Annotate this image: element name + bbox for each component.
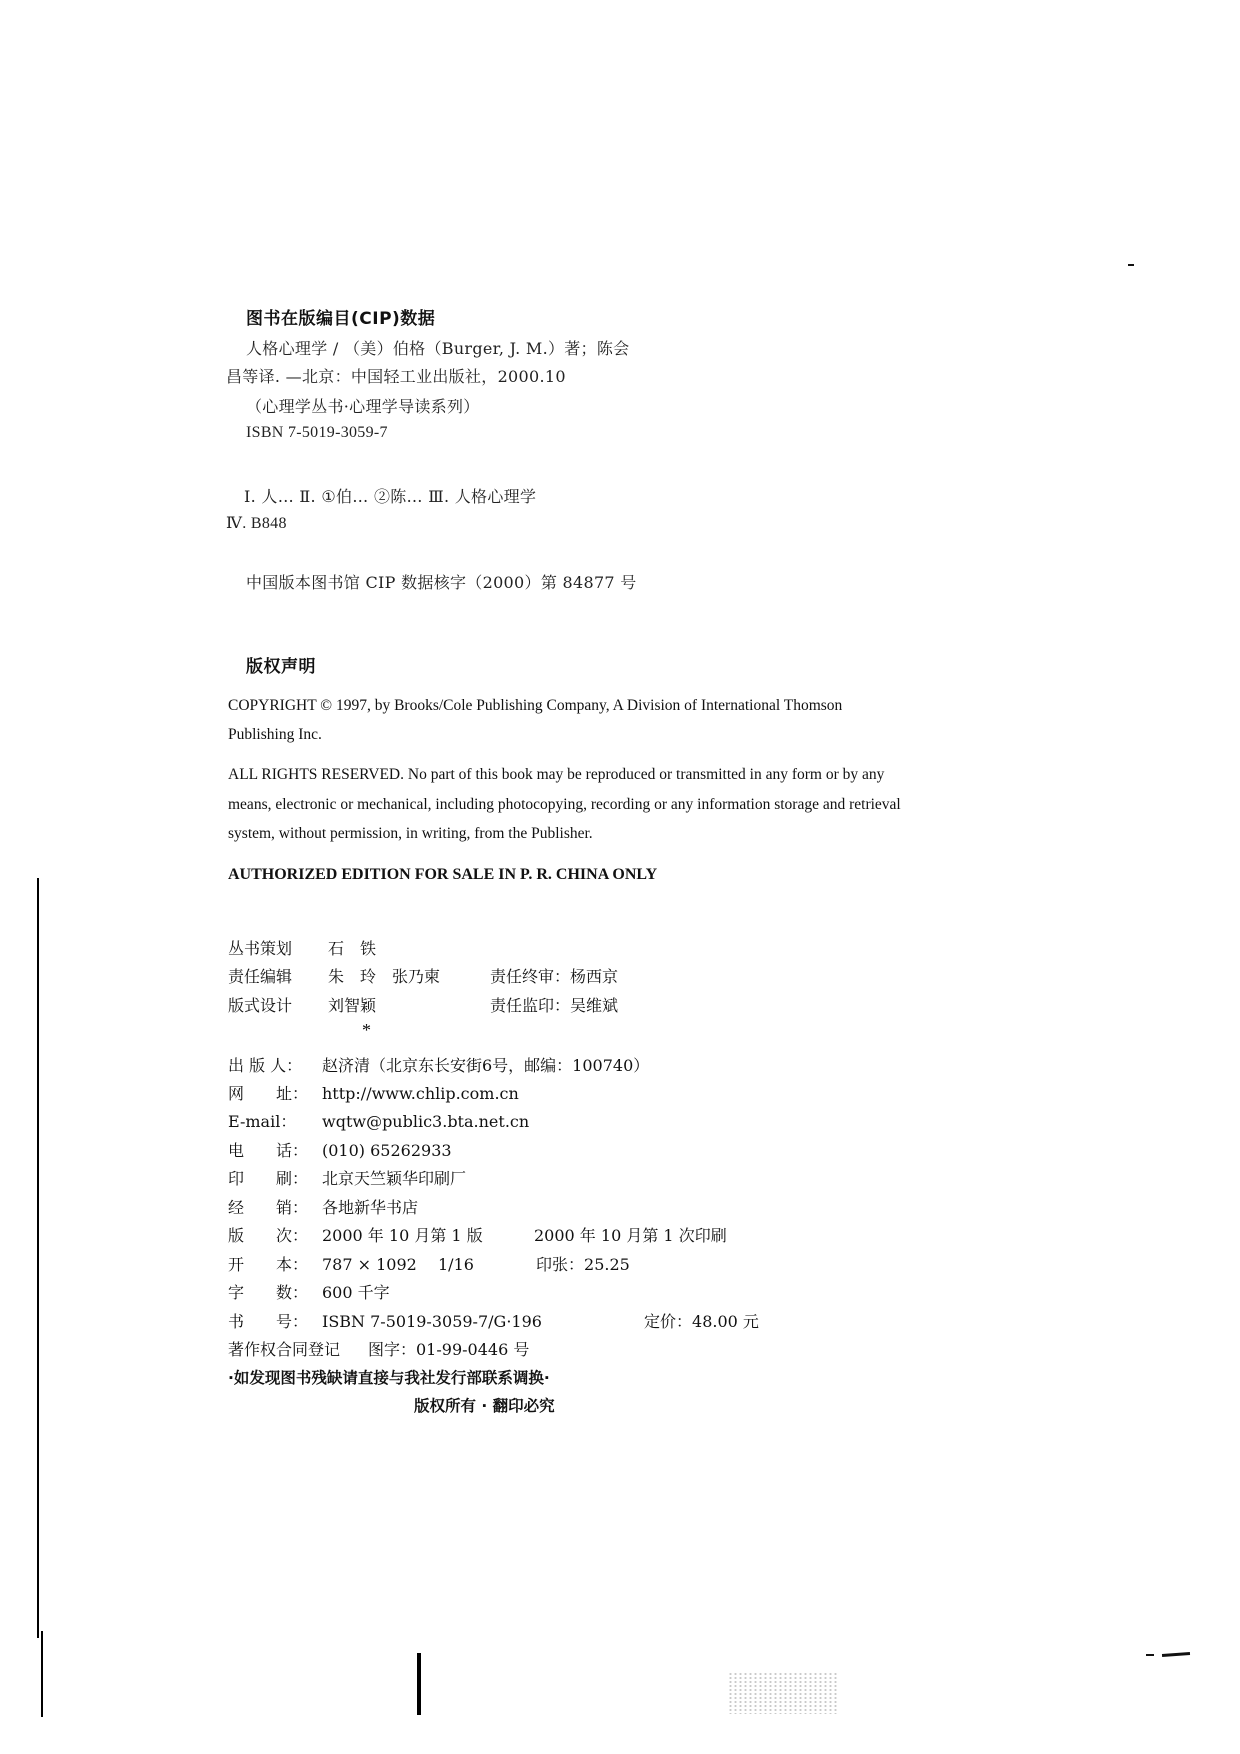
credit-value-2: 杨西京: [570, 967, 618, 986]
credit-series-planner: 丛书策划石 铁: [228, 936, 376, 959]
pub-format: 开 本：787 × 10921/16印张：25.25: [228, 1252, 630, 1275]
pub-value: (010) 65262933: [322, 1141, 452, 1160]
credit-label-2: 责任终审：: [490, 967, 570, 986]
pub-label: 出 版 人：: [228, 1053, 322, 1076]
pub-value-2: 48.00 元: [692, 1312, 759, 1331]
pub-value: wqtw@public3.bta.net.cn: [322, 1112, 529, 1131]
pub-label: 网 址：: [228, 1081, 322, 1104]
cip-line-series: （心理学丛书·心理学导读系列）: [246, 394, 480, 417]
pub-label: 电 话：: [228, 1138, 322, 1161]
pub-printer: 印 刷：北京天竺颖华印刷厂: [228, 1166, 466, 1189]
credit-value: 刘智颖: [328, 993, 490, 1016]
pub-label: 经 销：: [228, 1195, 322, 1218]
copyright-line-1: COPYRIGHT © 1997, by Brooks/Cole Publish…: [228, 697, 842, 715]
pub-value: 图字：01-99-0446 号: [368, 1340, 529, 1359]
cip-line-publisher: 昌等译. —北京：中国轻工业出版社，2000.10: [226, 364, 566, 387]
pub-value-2: 1/16: [438, 1255, 536, 1274]
scan-smudge: [1162, 1652, 1190, 1657]
credit-label: 丛书策划: [228, 936, 328, 959]
pub-value: 2000 年 10 月第 1 版: [322, 1223, 534, 1246]
pub-value: 600 千字: [322, 1283, 390, 1302]
cip-line-isbn: ISBN 7-5019-3059-7: [246, 424, 388, 442]
pub-edition: 版 次：2000 年 10 月第 1 版2000 年 10 月第 1 次印刷: [228, 1223, 727, 1246]
pub-value: http://www.chlip.com.cn: [322, 1084, 519, 1103]
pub-value: 各地新华书店: [322, 1198, 418, 1217]
pub-label: 著作权合同登记: [228, 1337, 368, 1360]
pub-label: 版 次：: [228, 1223, 322, 1246]
scan-edge-line: [37, 878, 39, 1638]
pub-label-2: 定价：: [644, 1312, 692, 1331]
pub-value: 赵济清（北京东长安街6号，邮编：100740）: [322, 1056, 649, 1075]
pub-value: ISBN 7-5019-3059-7/G·196: [322, 1312, 644, 1331]
rights-line-1: ALL RIGHTS RESERVED. No part of this boo…: [228, 766, 884, 784]
cip-record-number: 中国版本图书馆 CIP 数据核字（2000）第 84877 号: [246, 570, 637, 593]
pub-label: 书 号：: [228, 1309, 322, 1332]
pub-book-number: 书 号：ISBN 7-5019-3059-7/G·196定价：48.00 元: [228, 1309, 759, 1332]
pub-value-3: 25.25: [584, 1255, 630, 1274]
cip-classification-2: Ⅳ. B848: [226, 513, 287, 533]
credit-label: 版式设计: [228, 993, 328, 1016]
pub-label: 开 本：: [228, 1252, 322, 1275]
pub-email: E-mail：wqtw@public3.bta.net.cn: [228, 1109, 529, 1132]
credits-separator-star: *: [362, 1020, 371, 1041]
credit-layout: 版式设计刘智颖责任监印：吴维斌: [228, 993, 618, 1016]
pub-website: 网 址：http://www.chlip.com.cn: [228, 1081, 519, 1104]
authorized-edition-notice: AUTHORIZED EDITION FOR SALE IN P. R. CHI…: [228, 866, 657, 884]
copyright-heading: 版权声明: [246, 652, 316, 677]
pub-label: E-mail：: [228, 1109, 322, 1132]
rights-line-2: means, electronic or mechanical, includi…: [228, 796, 901, 814]
scan-speck: [1128, 264, 1134, 266]
pub-phone: 电 话：(010) 65262933: [228, 1138, 452, 1161]
cip-classification-1: Ⅰ. 人… Ⅱ. ①伯… ②陈… Ⅲ. 人格心理学: [244, 484, 536, 507]
pub-value-2: 2000 年 10 月第 1 次印刷: [534, 1226, 727, 1245]
pub-word-count: 字 数：600 千字: [228, 1280, 390, 1303]
pub-distributor: 经 销：各地新华书店: [228, 1195, 418, 1218]
credit-value: 石 铁: [328, 939, 376, 958]
pub-defect-notice: ·如发现图书残缺请直接与我社发行部联系调换·: [228, 1366, 550, 1388]
pub-value: 北京天竺颖华印刷厂: [322, 1169, 466, 1188]
scan-edge-line-lower: [41, 1631, 43, 1717]
rights-line-3: system, without permission, in writing, …: [228, 825, 593, 843]
copyright-line-2: Publishing Inc.: [228, 726, 322, 744]
pub-contract-registration: 著作权合同登记图字：01-99-0446 号: [228, 1337, 529, 1360]
pub-rights-reserved: 版权所有 · 翻印必究: [414, 1394, 555, 1416]
pub-label-3: 印张：: [536, 1255, 584, 1274]
credit-label: 责任编辑: [228, 964, 328, 987]
credit-value-2: 吴维斌: [570, 996, 618, 1015]
pub-publisher: 出 版 人：赵济清（北京东长安街6号，邮编：100740）: [228, 1053, 649, 1076]
cip-line-title: 人格心理学 / （美）伯格（Burger, J. M.）著；陈会: [246, 336, 629, 359]
credit-label-2: 责任监印：: [490, 996, 570, 1015]
credit-value: 朱 玲 张乃柬: [328, 964, 490, 987]
pub-value: 787 × 1092: [322, 1255, 438, 1274]
credit-editors: 责任编辑朱 玲 张乃柬责任终审：杨西京: [228, 964, 618, 987]
pub-label: 字 数：: [228, 1280, 322, 1303]
scan-binding-mark: [417, 1653, 421, 1715]
scan-smudge-small: [1146, 1654, 1154, 1656]
pub-label: 印 刷：: [228, 1166, 322, 1189]
scan-noise: [728, 1672, 838, 1714]
cip-heading: 图书在版编目(CIP)数据: [246, 304, 435, 329]
